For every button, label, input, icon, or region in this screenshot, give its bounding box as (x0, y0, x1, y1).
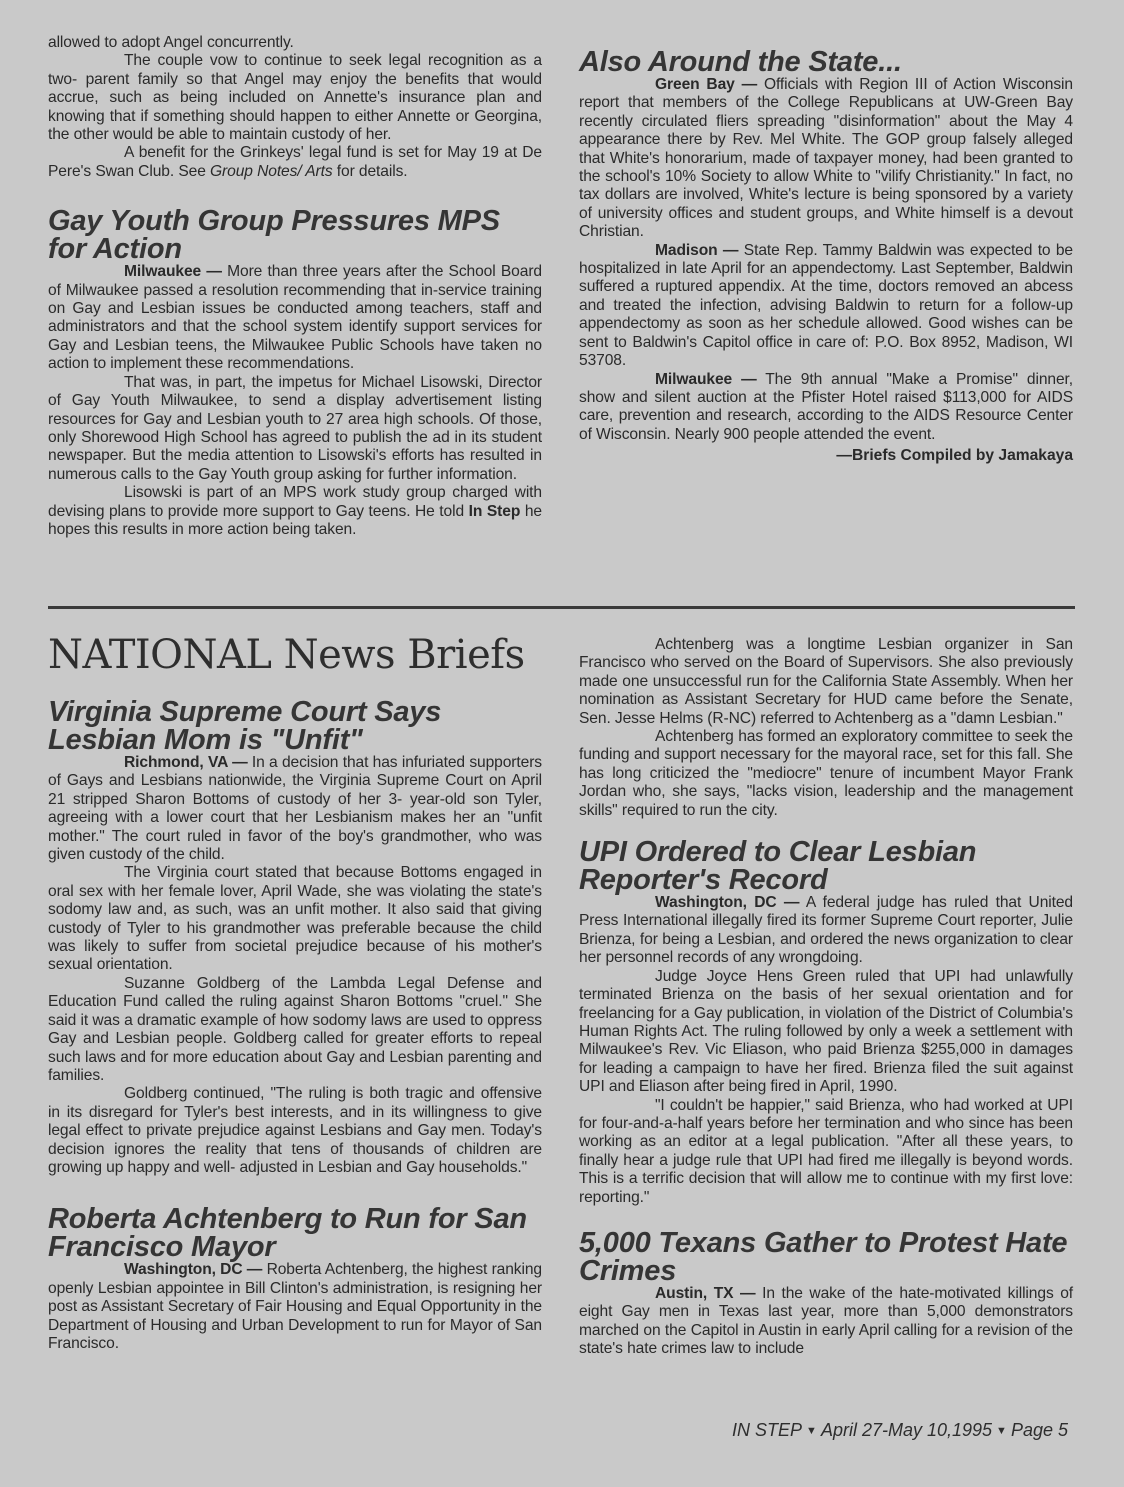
article-paragraph: Judge Joyce Hens Green ruled that UPI ha… (579, 968, 1073, 1097)
continuation-line: allowed to adopt Angel concurrently. (48, 34, 542, 52)
page-footer: IN STEP▼April 27-May 10,1995▼Page 5 (732, 1420, 1068, 1441)
paragraph-text: Roberta Achtenberg, the highest ranking … (48, 1261, 542, 1352)
brief-paragraph: Madison — State Rep. Tammy Baldwin was e… (579, 242, 1073, 371)
article-headline: Roberta Achtenberg to Run for San Franci… (48, 1205, 542, 1261)
dateline: Green Bay — (655, 76, 757, 93)
article-achtenberg: Roberta Achtenberg to Run for San Franci… (48, 1205, 542, 1353)
triangle-down-icon: ▼ (806, 1425, 817, 1437)
dateline: Milwaukee — (655, 371, 757, 388)
article-paragraph: Richmond, VA — In a decision that has in… (48, 754, 542, 864)
article-paragraph: Suzanne Goldberg of the Lambda Legal Def… (48, 975, 542, 1085)
article-paragraph: Austin, TX — In the wake of the hate-mot… (579, 1285, 1073, 1359)
triangle-down-icon: ▼ (996, 1425, 1007, 1437)
section-title: NATIONAL News Briefs (48, 632, 542, 678)
dateline: Austin, TX — (655, 1285, 756, 1302)
article-paragraph: Washington, DC — Roberta Achtenberg, the… (48, 1261, 542, 1353)
dateline: Milwaukee — (124, 263, 222, 280)
article-paragraph: Achtenberg was a longtime Lesbian organi… (579, 636, 1073, 728)
issue-date: April 27-May 10,1995 (821, 1420, 992, 1440)
right-top-column: Also Around the State... Green Bay — Off… (579, 48, 1073, 466)
publication-name: IN STEP (732, 1420, 802, 1440)
article-upi: UPI Ordered to Clear Lesbian Reporter's … (579, 838, 1073, 1207)
article-headline: Gay Youth Group Pressures MPS for Action (48, 207, 542, 263)
paragraph-text: In a decision that has infuriated suppor… (48, 754, 542, 863)
paragraph-text: Officials with Region III of Action Wisc… (579, 76, 1073, 240)
dateline: Madison — (655, 242, 738, 259)
article-paragraph: Achtenberg has formed an exploratory com… (579, 728, 1073, 820)
brief-paragraph: Milwaukee — The 9th annual "Make a Promi… (579, 371, 1073, 445)
newspaper-page: allowed to adopt Angel concurrently. The… (0, 0, 1124, 1487)
article-headline: 5,000 Texans Gather to Protest Hate Crim… (579, 1229, 1073, 1285)
article-headline: UPI Ordered to Clear Lesbian Reporter's … (579, 838, 1073, 894)
right-bottom-column: Achtenberg was a longtime Lesbian organi… (579, 636, 1073, 1359)
brief-paragraph: Green Bay — Officials with Region III of… (579, 76, 1073, 242)
article-paragraph: Lisowski is part of an MPS work study gr… (48, 484, 542, 539)
left-bottom-column: NATIONAL News Briefs Virginia Supreme Co… (48, 632, 542, 1353)
dateline: Richmond, VA — (124, 754, 248, 771)
briefs-signature: —Briefs Compiled by Jamakaya (579, 446, 1073, 466)
paragraph-text: State Rep. Tammy Baldwin was expected to… (579, 242, 1073, 369)
continuation-paragraph: The couple vow to continue to seek legal… (48, 52, 542, 144)
article-paragraph: The Virginia court stated that because B… (48, 864, 542, 974)
article-paragraph: "I couldn't be happier," said Brienza, w… (579, 1097, 1073, 1207)
article-paragraph: That was, in part, the impetus for Micha… (48, 374, 542, 484)
article-paragraph: Milwaukee — More than three years after … (48, 263, 542, 373)
article-headline: Virginia Supreme Court Says Lesbian Mom … (48, 698, 542, 754)
dateline: Washington, DC — (124, 1261, 262, 1278)
paragraph-text: The 9th annual "Make a Promise" dinner, … (579, 371, 1073, 443)
section-reference: Group Notes/ Arts (210, 163, 333, 180)
page-number: Page 5 (1011, 1420, 1068, 1440)
article-paragraph: Goldberg continued, "The ruling is both … (48, 1085, 542, 1177)
article-gay-youth: Gay Youth Group Pressures MPS for Action… (48, 207, 542, 539)
continuation-paragraph: A benefit for the Grinkeys' legal fund i… (48, 144, 542, 181)
article-texans: 5,000 Texans Gather to Protest Hate Crim… (579, 1229, 1073, 1359)
article-virginia: Virginia Supreme Court Says Lesbian Mom … (48, 698, 542, 1177)
article-paragraph: Washington, DC — A federal judge has rul… (579, 894, 1073, 968)
paragraph-text: In the wake of the hate-motivated killin… (579, 1285, 1073, 1357)
dateline: Washington, DC — (655, 894, 799, 911)
publication-name: In Step (469, 503, 521, 520)
left-top-column: allowed to adopt Angel concurrently. The… (48, 34, 542, 539)
paragraph-text: More than three years after the School B… (48, 263, 542, 372)
section-divider (48, 606, 1075, 609)
article-headline: Also Around the State... (579, 48, 1073, 76)
paragraph-text: A federal judge has ruled that United Pr… (579, 894, 1073, 966)
paragraph-text: for details. (337, 163, 408, 180)
